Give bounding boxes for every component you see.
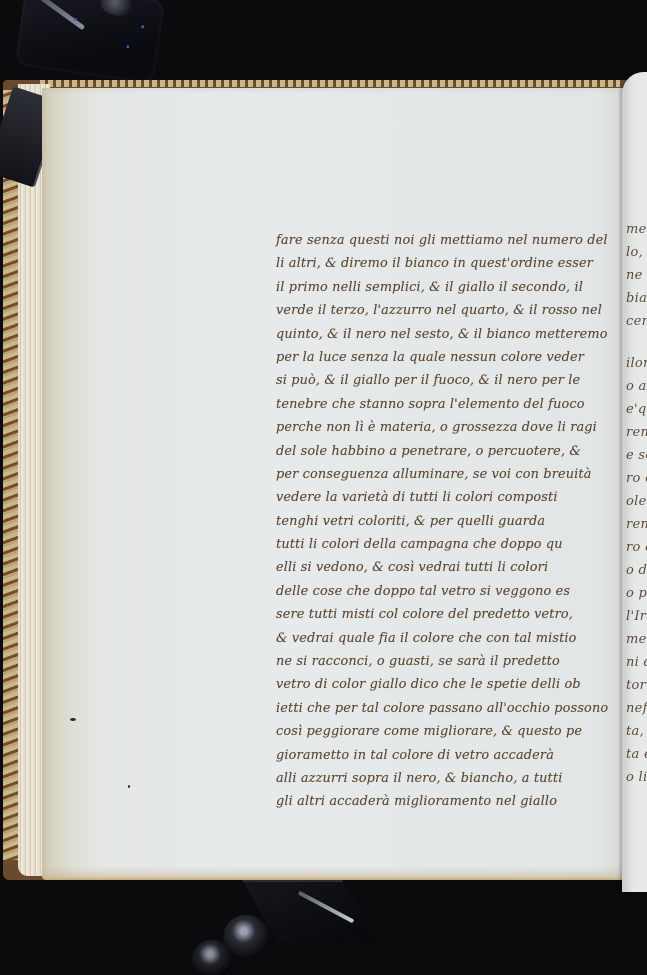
text-line: ietti che per tal colore passano all'occ… — [276, 696, 623, 719]
facing-line: o azzurr — [626, 379, 647, 394]
text-line: tenebre che stanno sopra l'elemento del … — [276, 392, 623, 415]
manuscript-photo-scene: mente sp lo, & ui ne conti bia con l cen… — [0, 0, 647, 975]
facing-line: e'quell — [626, 402, 647, 417]
text-line: tutti li colori della campagna che doppo… — [276, 532, 623, 555]
page-bottom-foxing — [42, 866, 626, 878]
facing-line: lo, & ui — [626, 245, 647, 260]
manuscript-text-block: fare senza questi noi gli mettiamo nel n… — [276, 228, 616, 813]
facing-line: cento, — [626, 314, 647, 329]
text-line: fare senza questi noi gli mettiamo nel n… — [276, 228, 623, 251]
facing-line: bia con l — [626, 291, 647, 306]
facing-line: ole pari — [626, 494, 647, 509]
facing-line: ilore, & — [626, 356, 647, 371]
facing-line: o dell a — [626, 563, 647, 578]
text-line: il primo nelli semplici, & il giallo il … — [276, 275, 623, 298]
facing-line: mente sp — [626, 222, 647, 237]
text-line: perche non lì è materia, o grossezza dov… — [276, 415, 623, 438]
text-line: tenghi vetri coloriti, & per quelli guar… — [276, 509, 623, 532]
facing-line: mente co — [626, 632, 647, 647]
bottom-book-clamp — [190, 880, 360, 975]
facing-line: remenni — [626, 425, 647, 440]
facing-line: o piu a — [626, 586, 647, 601]
facing-line: o li sop — [626, 770, 647, 785]
top-book-clamp — [15, 0, 165, 84]
text-line: ne si racconci, o guasti, se sarà il pre… — [276, 649, 623, 672]
facing-line: e semp — [626, 448, 647, 463]
facing-line: ni del — [626, 655, 647, 670]
text-line: gli altri accaderà miglioramento nel gia… — [276, 789, 623, 812]
text-line: elli si vedono, & così vedrai tutti li c… — [276, 555, 623, 578]
clamp-rod — [18, 0, 86, 30]
text-line: sere tutti misti col colore del predetto… — [276, 602, 623, 625]
text-line: per la luce senza la quale nessun colore… — [276, 345, 623, 368]
facing-line: ro che no — [626, 540, 647, 555]
clamp-knob — [99, 0, 138, 18]
facing-line: ne conti — [626, 268, 647, 283]
text-line: quinto, & il nero nel sesto, & il bianco… — [276, 322, 623, 345]
text-line: si può, & il giallo per il fuoco, & il n… — [276, 368, 623, 391]
top-gilt-edge — [40, 80, 620, 87]
clamp-reflection-dot — [141, 25, 144, 28]
ink-speck — [70, 718, 76, 721]
clamp-weight-ball — [192, 940, 232, 975]
text-line: vedere la varietà di tutti li colori com… — [276, 485, 623, 508]
facing-line: ro e azz — [626, 471, 647, 486]
text-line: alli azzurri sopra il nero, & biancho, a… — [276, 766, 623, 789]
clamp-reflection-dot — [126, 45, 129, 48]
text-line: verde il terzo, l'azzurro nel quarto, & … — [276, 298, 623, 321]
facing-line: rema — [626, 517, 647, 532]
text-line: vetro di color giallo dico che le spetie… — [276, 672, 623, 695]
facing-line: ta, a — [626, 724, 647, 739]
text-line: così peggiorare come migliorare, & quest… — [276, 719, 623, 742]
text-line: li altri, & diremo il bianco in quest'or… — [276, 251, 623, 274]
text-line: del sole habbino a penetrare, o percuote… — [276, 439, 623, 462]
page-foxing — [42, 88, 102, 878]
facing-line: tori d — [626, 678, 647, 693]
facing-line: nefa — [626, 701, 647, 716]
text-line: delle cose che doppo tal vetro si veggon… — [276, 579, 623, 602]
text-line: & vedrai quale fia il colore che con tal… — [276, 626, 623, 649]
facing-line: ta eu — [626, 747, 647, 762]
text-line: per conseguenza alluminare, se voi con b… — [276, 462, 623, 485]
facing-line: l'Ireco — [626, 609, 647, 624]
facing-page-edge: mente sp lo, & ui ne conti bia con l cen… — [622, 72, 647, 892]
ink-speck — [128, 785, 130, 788]
text-line: giorametto in tal colore di vetro accade… — [276, 743, 623, 766]
